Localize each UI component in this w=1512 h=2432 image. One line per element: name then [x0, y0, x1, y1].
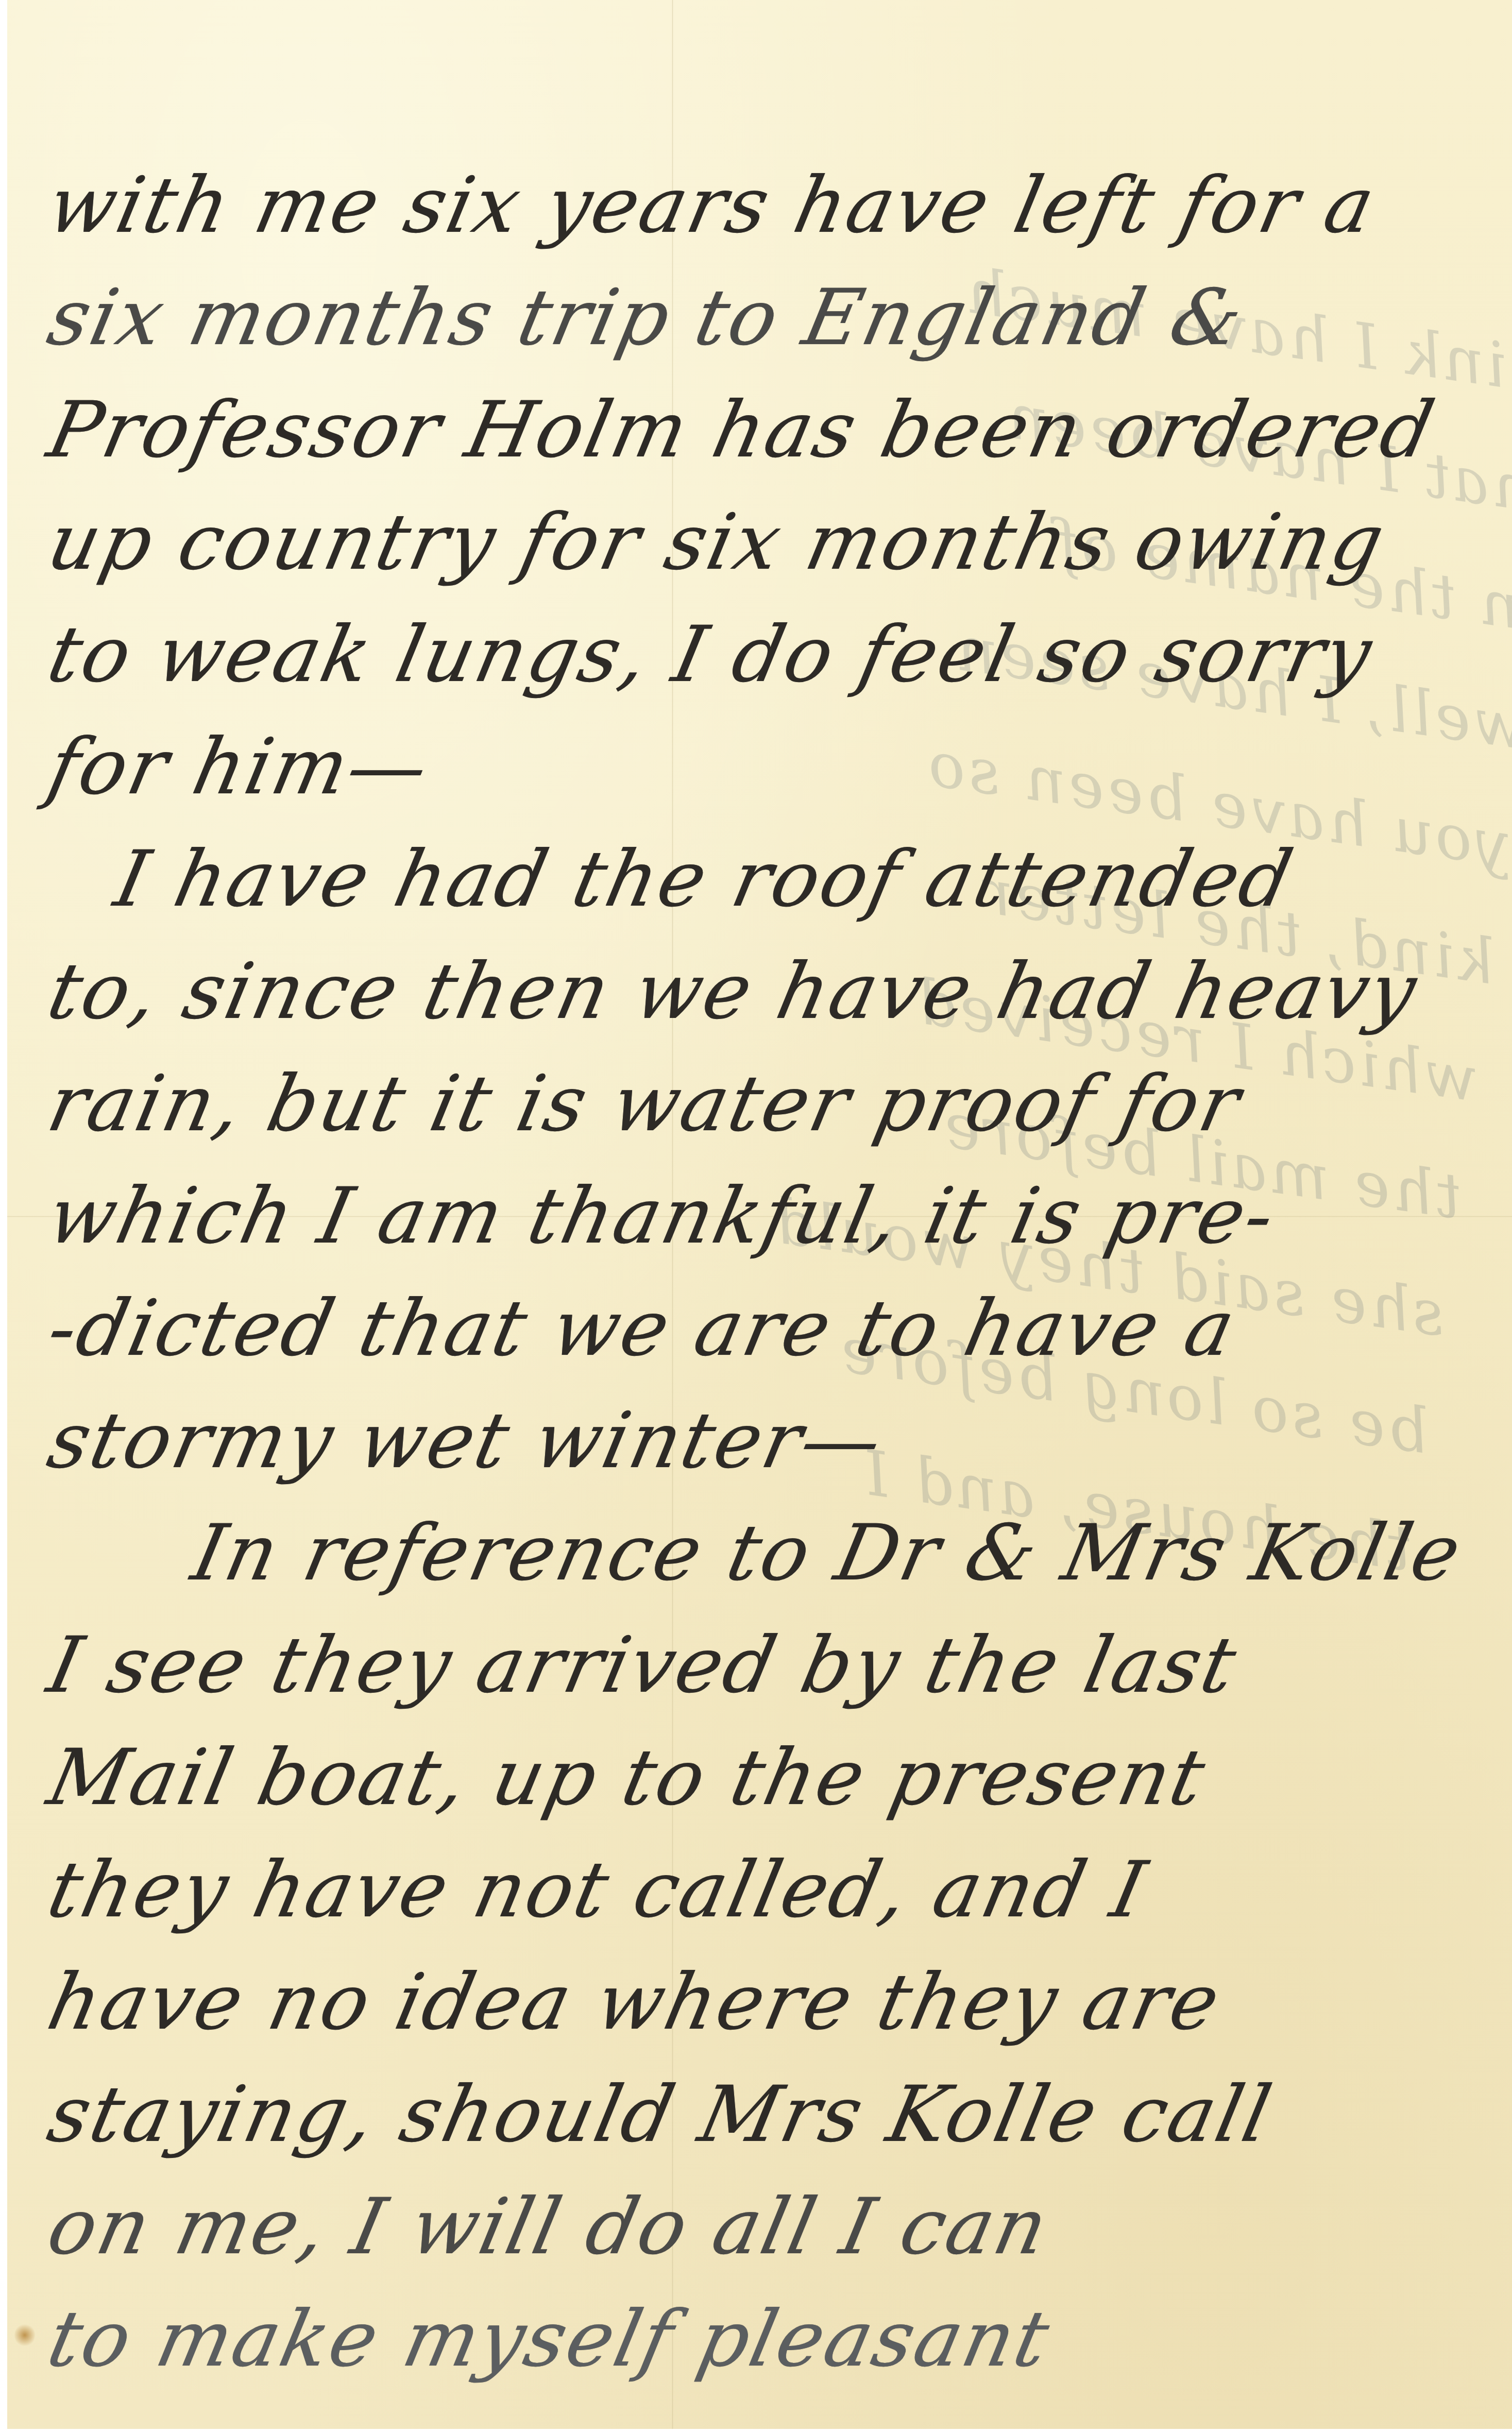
text-line: have no idea where they are [38, 1946, 1512, 2059]
text-line: Professor Holm has been ordered [38, 374, 1512, 486]
text-line: stormy wet winter— [38, 1385, 1512, 1497]
text-line: Mail boat, up to the present [38, 1722, 1512, 1834]
text-line: I see they arrived by the last [38, 1609, 1512, 1722]
text-line: for him— [38, 711, 1512, 823]
handwritten-text: with me six years have left for a six mo… [38, 149, 1491, 2395]
text-line: rain, but it is water proof for [38, 1048, 1512, 1160]
text-line: to make myself pleasant [38, 2283, 1512, 2395]
text-line: to weak lungs, I do feel so sorry [38, 599, 1512, 711]
text-line: up country for six months owing [38, 486, 1512, 599]
text-line: staying, should Mrs Kolle call [38, 2059, 1512, 2171]
letter-page: think I have much that I have been in th… [7, 0, 1512, 2429]
text-line: -dicted that we are to have a [38, 1272, 1512, 1385]
paragraph-start-line: In reference to Dr & Mrs Kolle [38, 1497, 1512, 1609]
text-line: they have not called, and I [38, 1834, 1512, 1946]
text-line: which I am thankful, it is pre- [38, 1160, 1512, 1272]
paragraph-start-line: I have had the roof attended [38, 823, 1512, 936]
text-line: on me, I will do all I can [38, 2171, 1512, 2283]
foxing-stain [14, 2323, 35, 2347]
text-line: with me six years have left for a [38, 149, 1512, 262]
text-line: six months trip to England & [38, 262, 1512, 374]
text-line: to, since then we have had heavy [38, 936, 1512, 1048]
